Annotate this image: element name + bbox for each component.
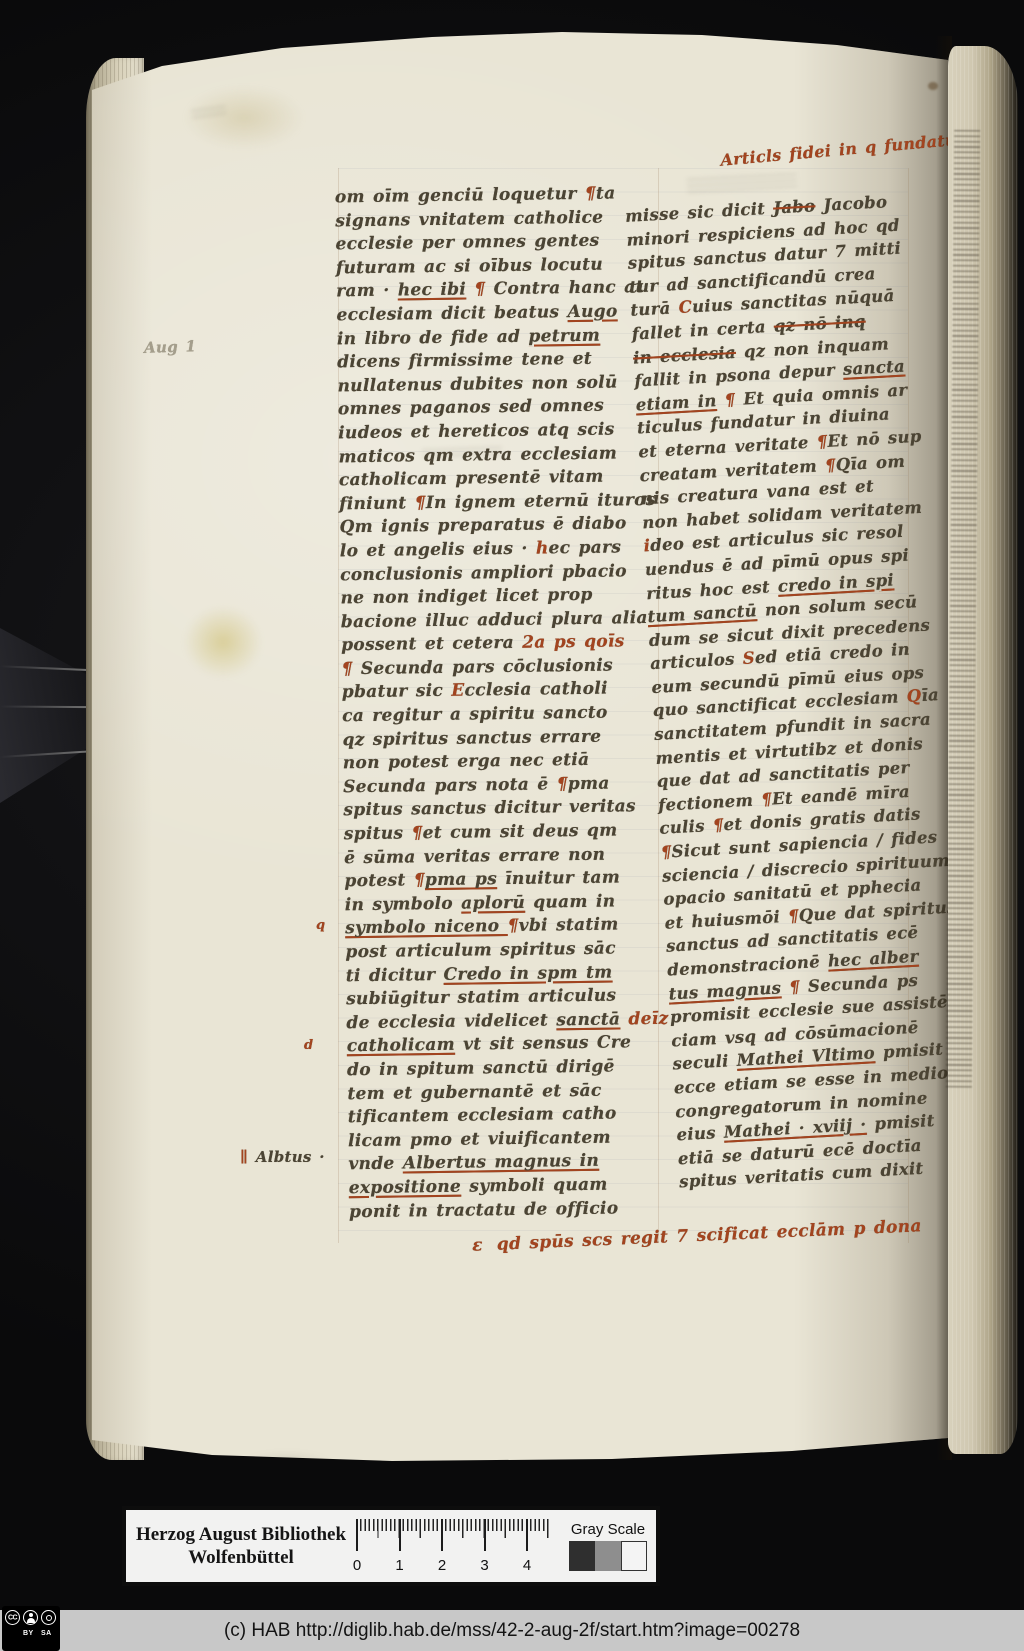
ruler-number: 1: [395, 1557, 403, 1574]
gray-scale-patch: [595, 1541, 621, 1571]
centimeter-ruler: 01234: [356, 1513, 556, 1579]
cc-sa-label: SA: [41, 1630, 52, 1637]
ruler-major-tick: [399, 1519, 401, 1551]
cc-by-label: BY: [23, 1630, 34, 1637]
margin-rubric-glyph: d: [304, 1038, 313, 1053]
reference-scale-card: Herzog August Bibliothek Wolfenbüttel 01…: [122, 1506, 660, 1586]
ruler-half-cm-ticks: [356, 1519, 550, 1538]
ruler-major-tick: [484, 1519, 486, 1551]
caption-bar: CC BY SA (c) HAB http://diglib.hab.de/ms…: [0, 1610, 1024, 1651]
text-line: om oīm genciū loquetur ¶ta: [335, 182, 665, 210]
gray-scale-label: Gray Scale: [564, 1521, 652, 1538]
ruler-major-tick: [356, 1519, 358, 1551]
creative-commons-badge: CC BY SA: [2, 1606, 60, 1651]
manuscript-column-right: misse sic dicit Jabo Jacobominori respic…: [625, 189, 970, 1195]
parchment-stain: [184, 606, 262, 678]
library-name: Herzog August Bibliothek Wolfenbüttel: [126, 1524, 356, 1569]
cc-logo-text: CC: [8, 1614, 17, 1621]
margin-note-albertus: ∥ Albtus ·: [240, 1148, 325, 1166]
ruler-number: 2: [438, 1557, 446, 1574]
library-name-line1: Herzog August Bibliothek: [126, 1524, 356, 1546]
photo-background: Articls fidei in q fundatur om oīm genci…: [0, 0, 1024, 1610]
rubric-lead-mark: ɛ: [472, 1235, 484, 1255]
text-line: conclusionis ampliori pbacio: [340, 559, 670, 587]
digitized-manuscript-screenshot: Articls fidei in q fundatur om oīm genci…: [0, 0, 1024, 1651]
parchment-stain: [242, 1452, 332, 1478]
cc-icons-row: CC: [2, 1606, 60, 1625]
text-line: spitus sanctus dicitur veritas: [343, 795, 673, 823]
cc-share-alike-inner: [46, 1615, 52, 1621]
text-line: ponit in tractatu de officio: [349, 1196, 679, 1224]
gray-scale-block: Gray Scale: [564, 1521, 652, 1571]
manuscript-page: Articls fidei in q fundatur om oīm genci…: [92, 28, 948, 1470]
gray-scale-patches: [564, 1541, 652, 1571]
ruler-number: 0: [353, 1557, 361, 1574]
ruler-major-tick: [441, 1519, 443, 1551]
ruler-number: 3: [480, 1557, 488, 1574]
cc-attribution-icon: [23, 1610, 38, 1625]
gray-scale-patch: [621, 1541, 647, 1571]
text-line: ecclesiam dicit beatus Augo: [336, 300, 666, 328]
margin-rubric-glyph: q: [316, 918, 325, 933]
library-name-line2: Wolfenbüttel: [126, 1547, 356, 1569]
text-line: ∥ Albtus ·: [240, 1148, 325, 1166]
cc-logo-icon: CC: [5, 1610, 20, 1625]
gray-scale-patch: [569, 1541, 595, 1571]
margin-note-augustinus: Aug 1: [144, 337, 197, 357]
text-line: possent et cetera 2a ps qoīs: [341, 630, 671, 658]
text-line: catholicam vt sit sensus Cre: [347, 1031, 677, 1059]
manuscript-column-left: om oīm genciū loquetur ¶tasignans vnitat…: [335, 182, 679, 1225]
copyright-caption: (c) HAB http://diglib.hab.de/mss/42-2-au…: [224, 1620, 800, 1642]
ruler-number: 4: [523, 1557, 531, 1574]
rubric-running-title: Articls fidei in q fundatur: [720, 129, 967, 169]
ruler-major-tick: [526, 1519, 528, 1551]
cc-share-alike-icon: [41, 1610, 56, 1625]
